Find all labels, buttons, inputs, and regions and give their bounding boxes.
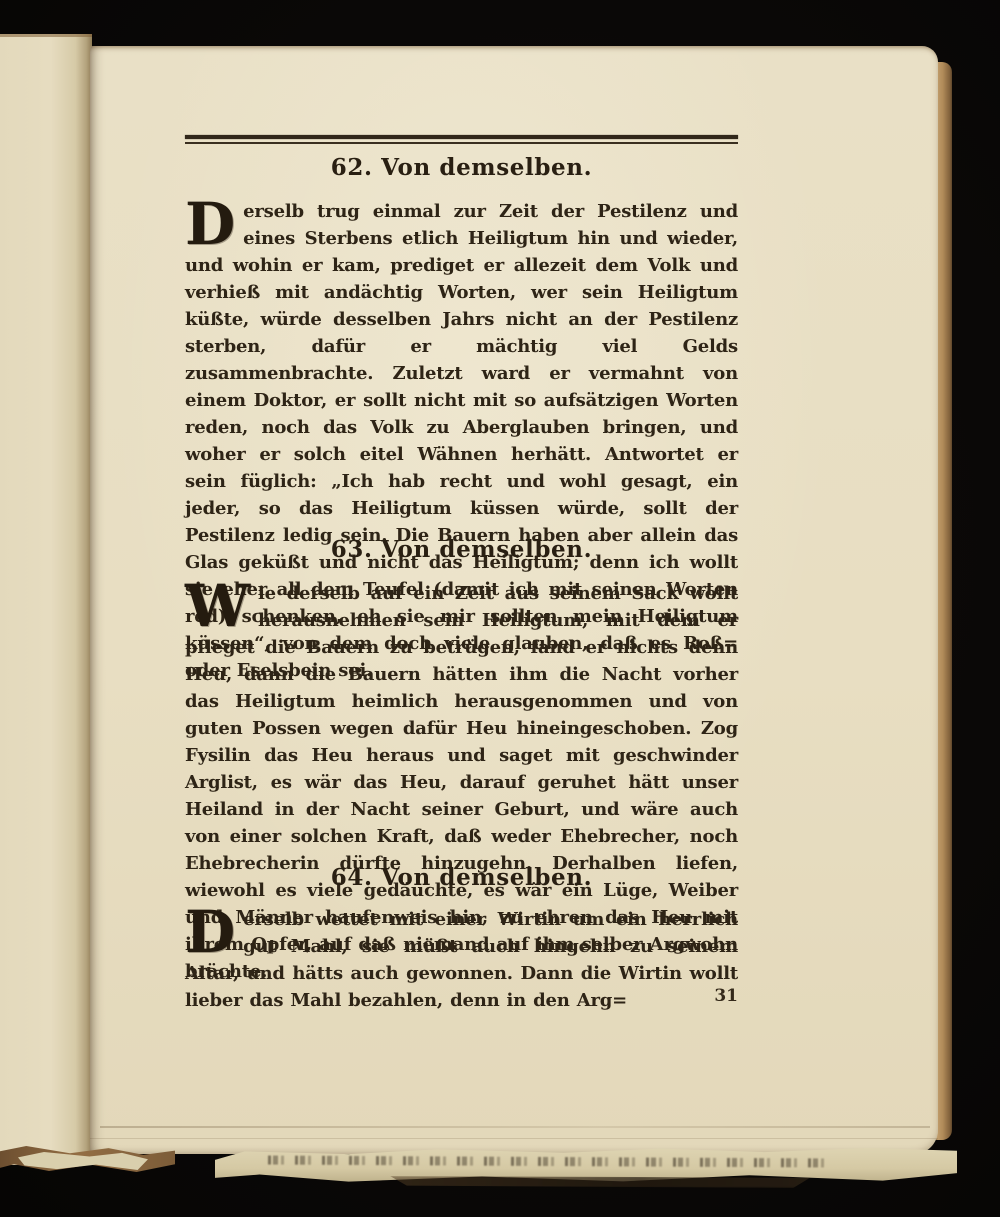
bottom-crease-2: [90, 1138, 938, 1139]
page-number: 31: [185, 986, 746, 1006]
book-photo: 62. Von demselben. Derselb trug einmal z…: [0, 0, 1000, 1217]
rule-thick: [185, 135, 738, 139]
rule-thin: [185, 142, 738, 144]
book-page: 62. Von demselben. Derselb trug einmal z…: [90, 46, 938, 1154]
section-heading-63: 63. Von demselben.: [185, 536, 738, 563]
section-heading-64: 64. Von demselben.: [185, 864, 738, 891]
dropcap-initial-63: W: [185, 580, 258, 629]
bottom-crease: [100, 1126, 930, 1128]
dropcap-initial-64: D: [185, 906, 243, 955]
dropcap-initial-62: D: [185, 198, 243, 247]
double-rule: [185, 135, 738, 144]
book-gutter-leaf: [0, 34, 92, 1165]
torn-fragment-shadow: [390, 1176, 810, 1188]
section-heading-62: 62. Von demselben.: [185, 154, 738, 181]
